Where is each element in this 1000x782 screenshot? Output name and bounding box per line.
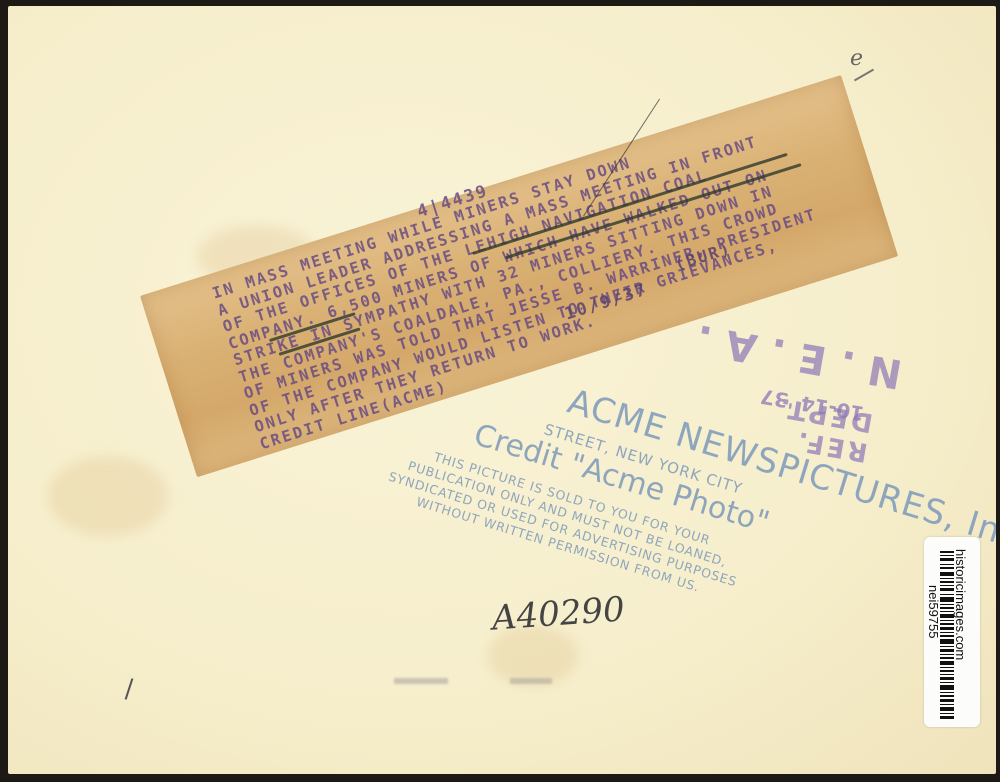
barcode-site: historicimages.com xyxy=(954,549,967,660)
pencil-tick xyxy=(125,678,134,700)
barcode-icon xyxy=(940,551,954,719)
corner-mark: e xyxy=(850,46,863,71)
photo-back: ACME NEWSPICTURES, Inc. STREET, NEW YORK… xyxy=(8,6,996,774)
handwritten-number: A40290 xyxy=(491,589,626,638)
barcode-item-id: nei59755 xyxy=(926,585,941,639)
smudge xyxy=(394,678,448,684)
smudge xyxy=(510,678,552,684)
barcode-label: nei59755 historicimages.com xyxy=(924,537,980,727)
nea-stamp: N.E.A. 10-14 '37 REF. DEPT. xyxy=(696,290,921,482)
